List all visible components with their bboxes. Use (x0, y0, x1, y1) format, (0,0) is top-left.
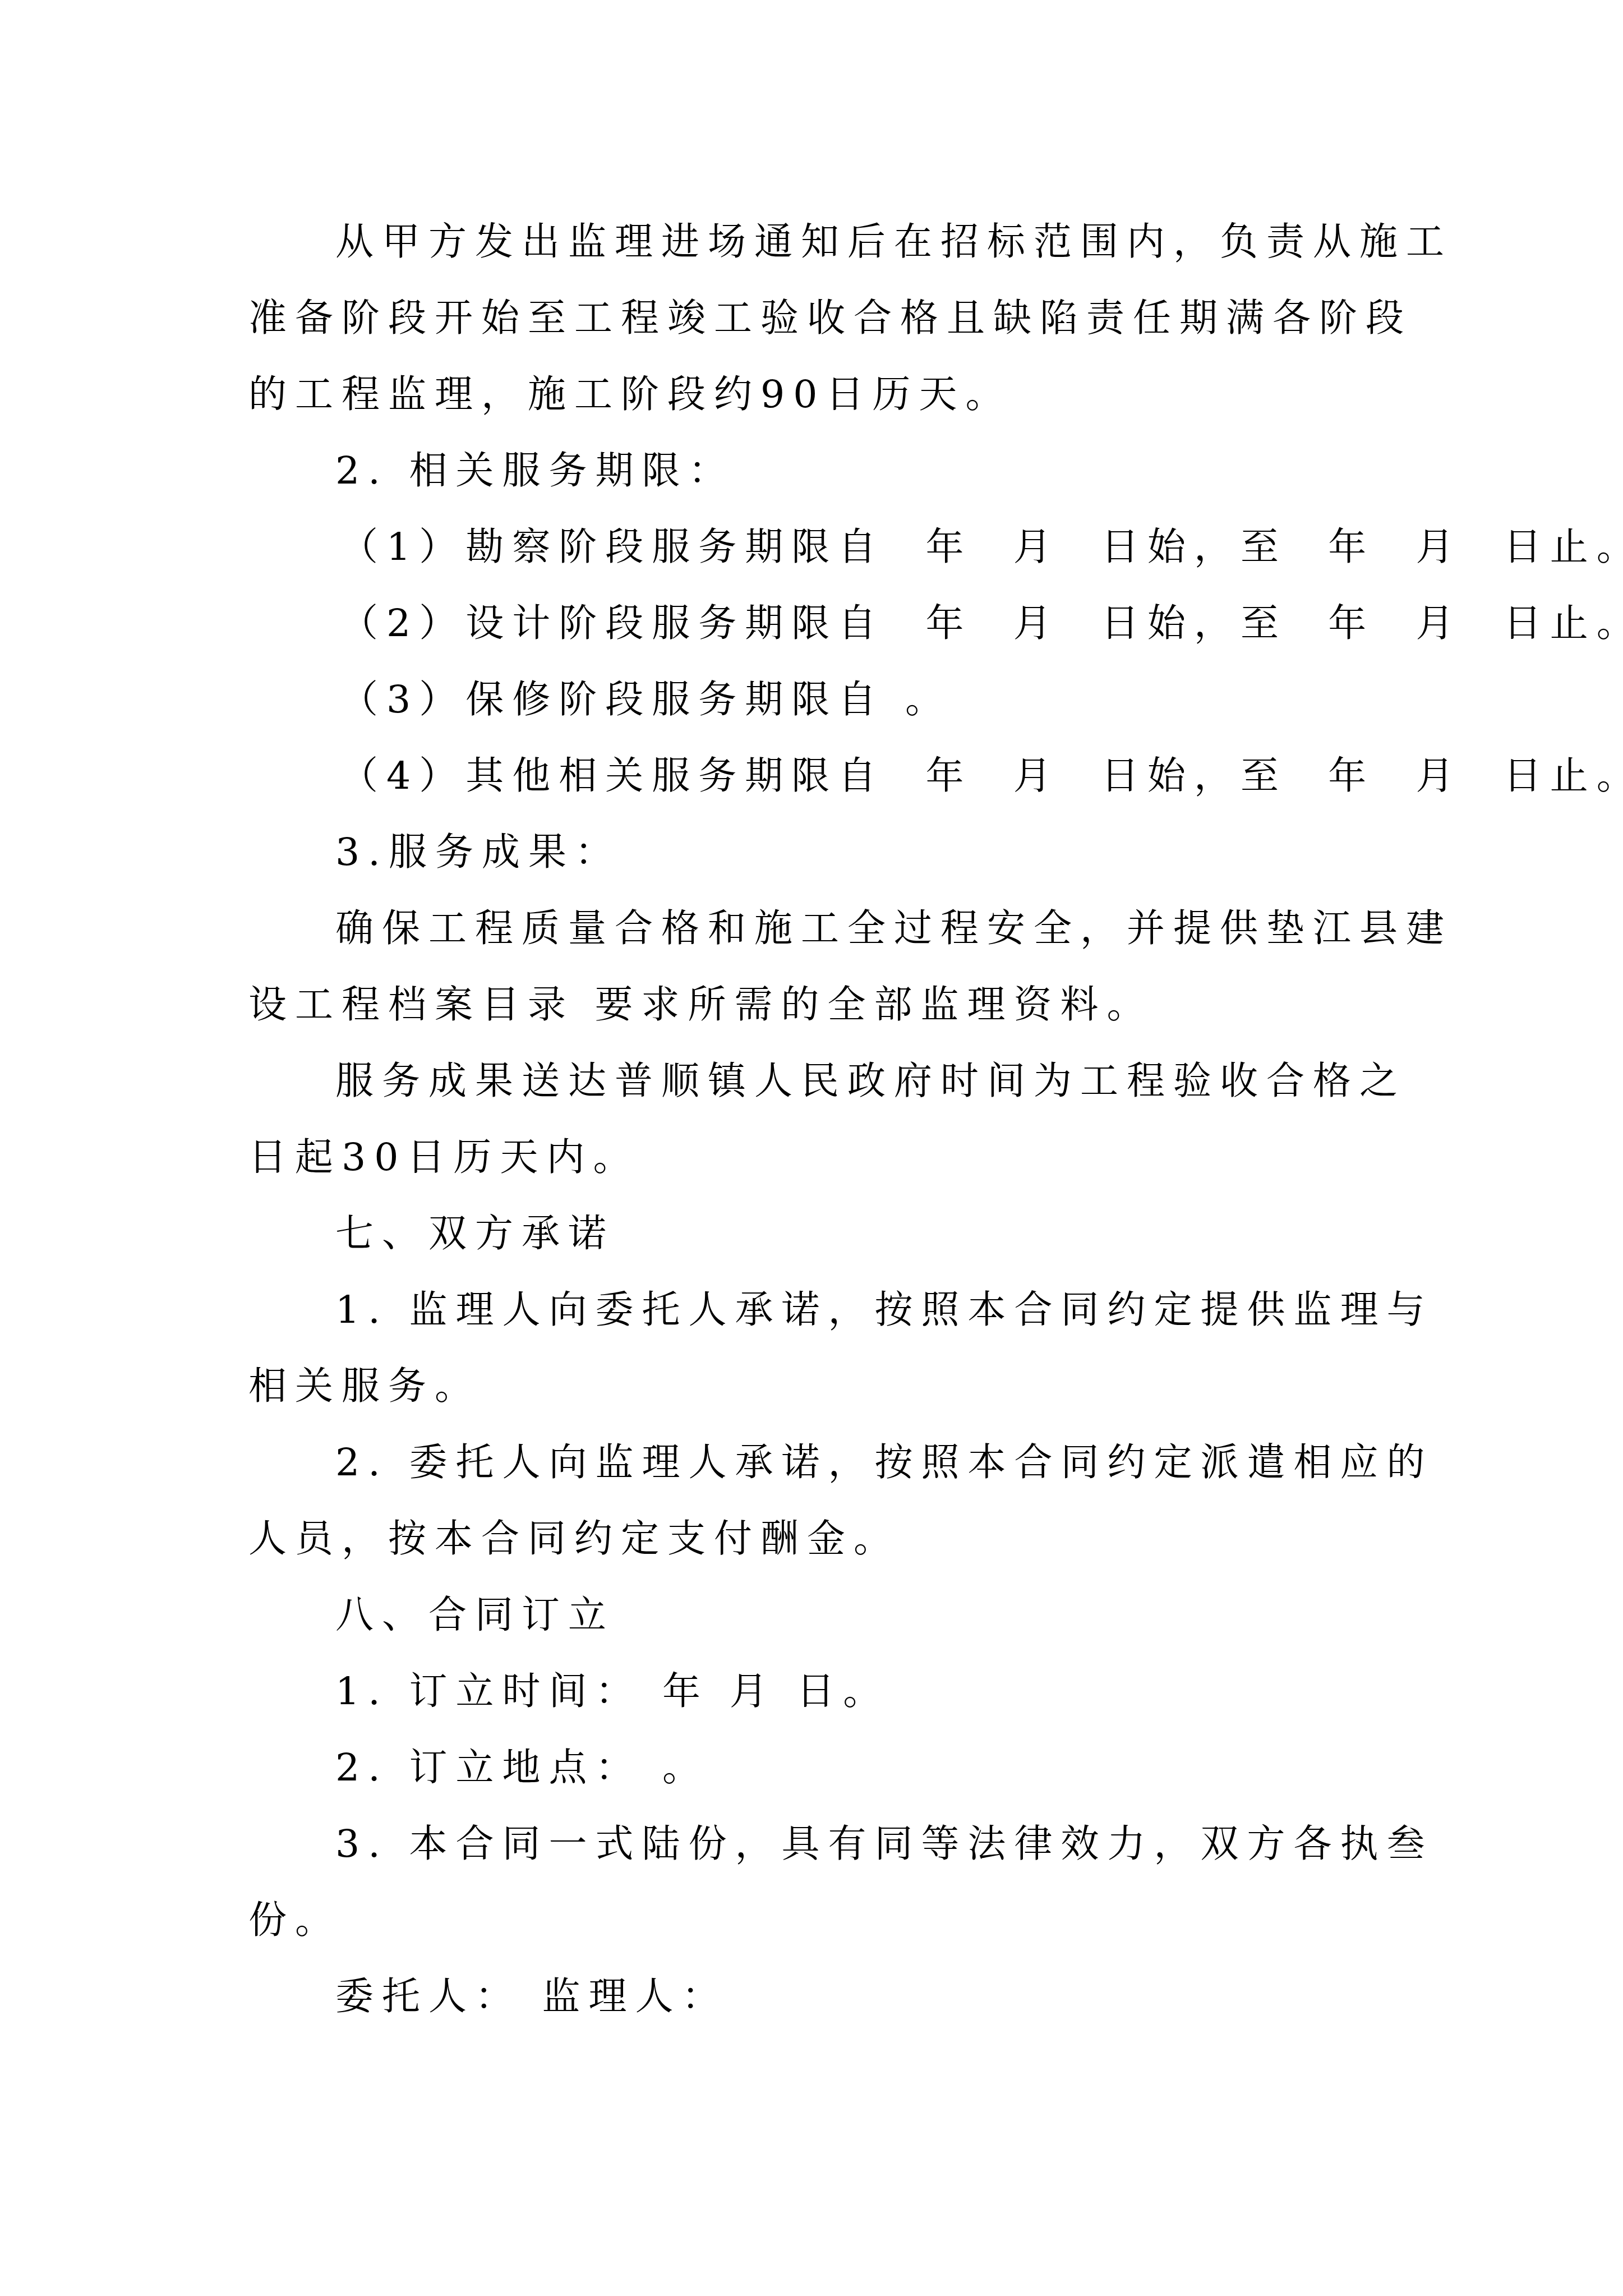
paragraph-results-line-1: 确保工程质量合格和施工全过程安全，并提供垫江县建 (335, 891, 1453, 967)
commitment-1-line-1: 1. 监理人向委托人承诺，按照本合同约定提供监理与 (335, 1272, 1433, 1349)
paragraph-scope-line-3: 的工程监理，施工阶段约90日历天。 (248, 357, 1012, 433)
section-heading-contract-signing: 八、合同订立 (335, 1577, 615, 1654)
copies-clause-line-2: 份。 (248, 1883, 342, 1959)
list-item-warranty-period: （3）保修阶段服务期限自 。 (340, 662, 952, 738)
commitment-2-line-2: 人员，按本合同约定支付酬金。 (248, 1501, 900, 1577)
commitment-2-line-1: 2. 委托人向监理人承诺，按照本合同约定派遣相应的 (335, 1425, 1433, 1501)
paragraph-delivery-line-2: 日起30日历天内。 (248, 1120, 640, 1196)
list-item-design-period: （2）设计阶段服务期限自 年 月 日始，至 年 月 日止。 (340, 586, 1623, 662)
commitment-1-line-2: 相关服务。 (248, 1349, 481, 1425)
section-heading-service-period: 2. 相关服务期限： (335, 433, 735, 509)
paragraph-scope-line-2: 准备阶段开始至工程竣工验收合格且缺陷责任期满各阶段 (248, 280, 1412, 357)
section-heading-service-results: 3.服务成果： (335, 815, 621, 891)
section-heading-mutual-commitments: 七、双方承诺 (335, 1196, 615, 1272)
copies-clause-line-1: 3. 本合同一式陆份，具有同等法律效力，双方各执叁 (335, 1806, 1433, 1883)
list-item-other-period: （4）其他相关服务期限自 年 月 日始，至 年 月 日止。 (340, 738, 1623, 815)
signing-place: 2. 订立地点： 。 (335, 1730, 709, 1806)
paragraph-results-line-2: 设工程档案目录 要求所需的全部监理资料。 (248, 967, 1154, 1043)
list-item-survey-period: （1）勘察阶段服务期限自 年 月 日始，至 年 月 日止。 (340, 509, 1623, 586)
signing-time: 1. 订立时间： 年 月 日。 (335, 1654, 889, 1730)
paragraph-delivery-line-1: 服务成果送达普顺镇人民政府时间为工程验收合格之 (335, 1043, 1406, 1120)
signature-parties: 委托人： 监理人： (335, 1959, 728, 2035)
document-page: 从甲方发出监理进场通知后在招标范围内，负责从施工 准备阶段开始至工程竣工验收合格… (0, 0, 1623, 2296)
paragraph-scope-line-1: 从甲方发出监理进场通知后在招标范围内，负责从施工 (335, 204, 1453, 280)
